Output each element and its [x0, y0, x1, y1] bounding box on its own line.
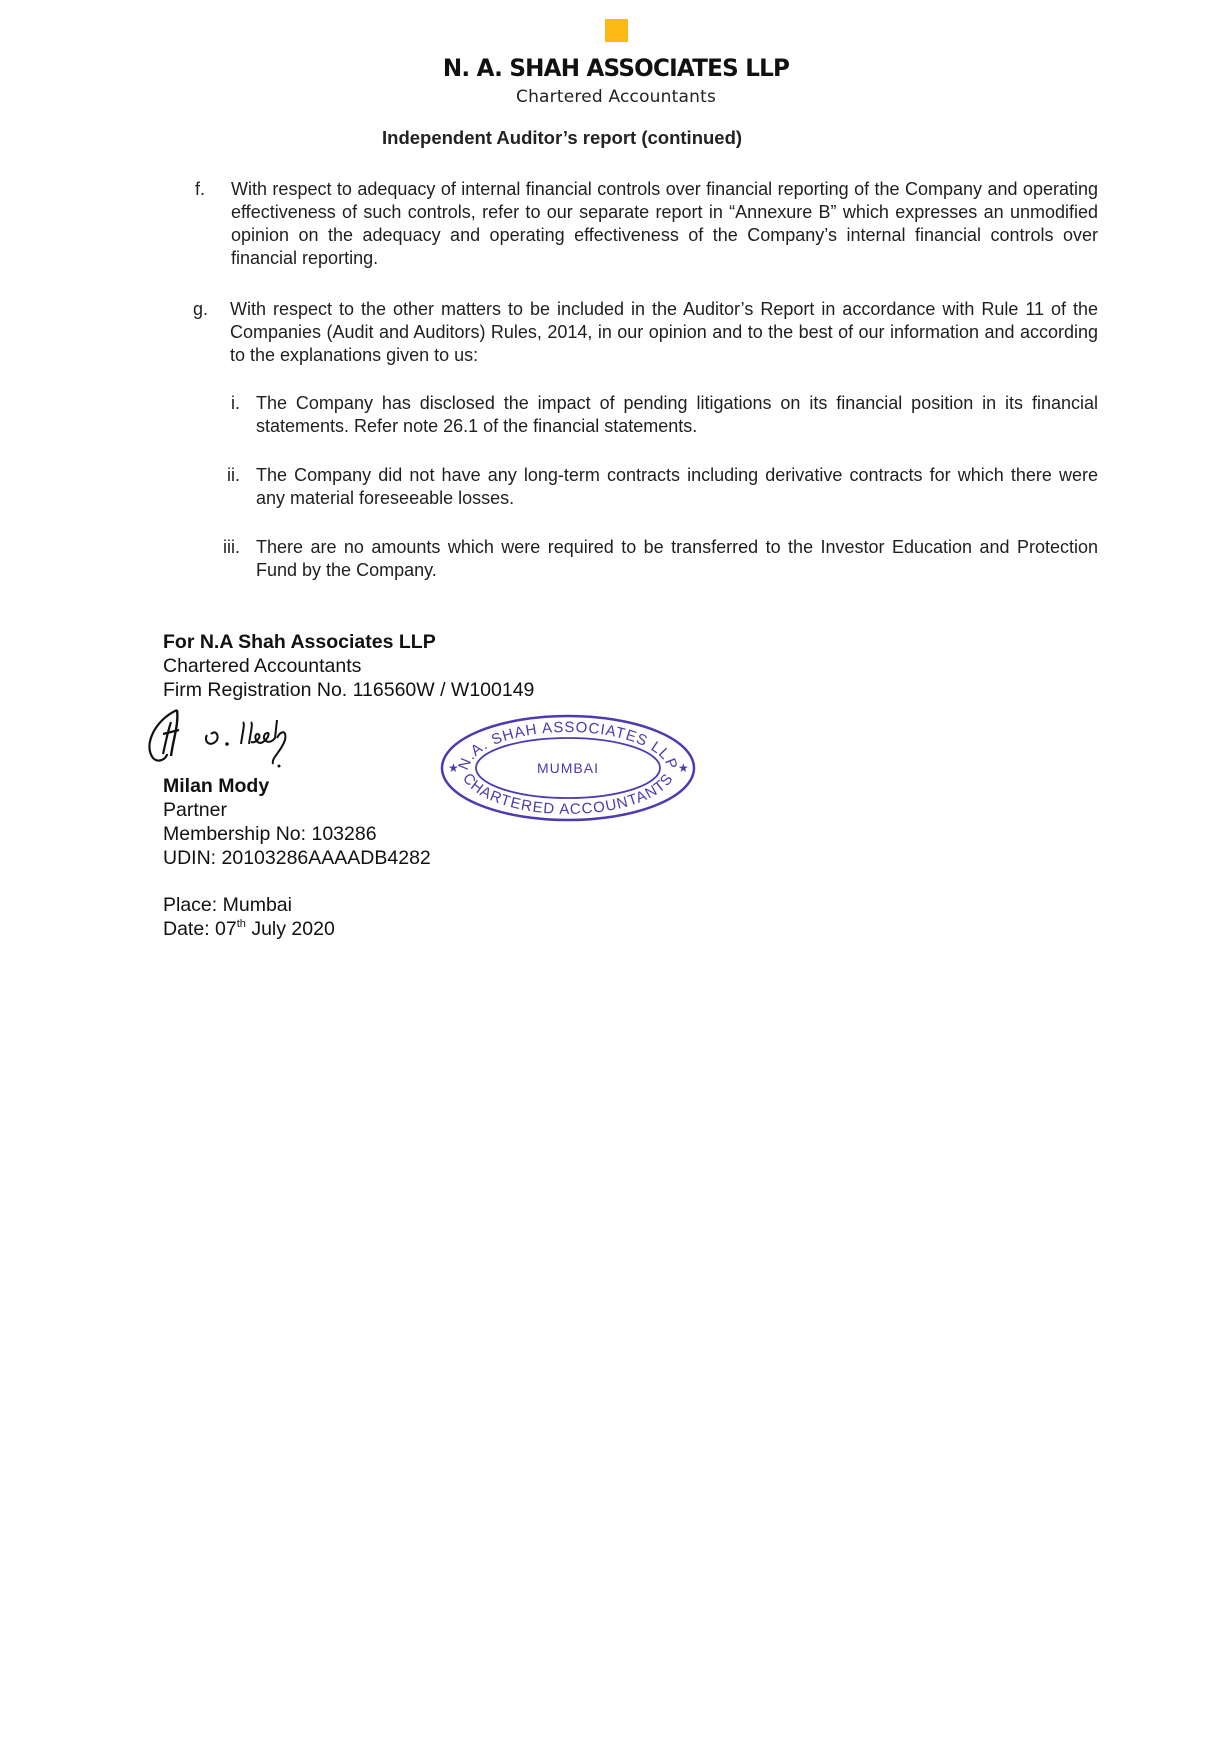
- handwritten-signature: [145, 700, 335, 770]
- list-item-text: The Company has disclosed the impact of …: [256, 392, 1098, 438]
- date-ordinal-suffix: th: [237, 918, 246, 930]
- report-title: Independent Auditor’s report (continued): [382, 127, 742, 149]
- firm-name: N. A. SHAH ASSOCIATES LLP: [25, 54, 1208, 82]
- list-item-text: The Company did not have any long-term c…: [256, 464, 1098, 510]
- firm-type: Chartered Accountants: [163, 654, 534, 678]
- list-item: iii. There are no amounts which were req…: [196, 536, 1098, 582]
- date-prefix: Date: 07: [163, 918, 237, 940]
- membership-number: Membership No: 103286: [163, 822, 431, 846]
- partner-title: Partner: [163, 798, 431, 822]
- list-item: i. The Company has disclosed the impact …: [196, 392, 1098, 438]
- stamp-bottom-text: CHARTERED ACCOUNTANTS: [459, 770, 677, 818]
- paragraph-f: f. With respect to adequacy of internal …: [195, 178, 1098, 270]
- paragraph-text: With respect to the other matters to be …: [230, 298, 1098, 367]
- paragraph-marker: f.: [195, 178, 205, 201]
- firm-stamp: N.A. SHAH ASSOCIATES LLP CHARTERED ACCOU…: [438, 710, 698, 828]
- firm-subtitle: Chartered Accountants: [0, 87, 1232, 107]
- signoff-firm-block: For N.A Shah Associates LLP Chartered Ac…: [163, 630, 534, 702]
- signoff-partner-block: Milan Mody Partner Membership No: 103286…: [163, 774, 431, 870]
- date-rest: July 2020: [246, 918, 335, 940]
- paragraph-marker: g.: [193, 298, 208, 321]
- svg-text:CHARTERED ACCOUNTANTS: CHARTERED ACCOUNTANTS: [459, 770, 677, 818]
- list-item-marker: i.: [196, 392, 240, 415]
- stamp-star-icon: ★: [678, 761, 689, 775]
- place: Place: Mumbai: [163, 893, 335, 917]
- paragraph-text: With respect to adequacy of internal fin…: [231, 178, 1098, 270]
- list-item: ii. The Company did not have any long-te…: [196, 464, 1098, 510]
- for-firm-label: For N.A Shah Associates LLP: [163, 630, 534, 654]
- partner-name: Milan Mody: [163, 774, 431, 798]
- list-item-marker: iii.: [196, 536, 240, 559]
- signoff-place-date: Place: Mumbai Date: 07th July 2020: [163, 893, 335, 941]
- date: Date: 07th July 2020: [163, 917, 335, 941]
- list-item-text: There are no amounts which were required…: [256, 536, 1098, 582]
- list-item-marker: ii.: [196, 464, 240, 487]
- udin: UDIN: 20103286AAAADB4282: [163, 846, 431, 870]
- stamp-center-text: MUMBAI: [537, 760, 599, 776]
- firm-registration: Firm Registration No. 116560W / W100149: [163, 678, 534, 702]
- firm-logo-square: [605, 19, 628, 42]
- stamp-star-icon: ★: [448, 761, 459, 775]
- paragraph-g: g. With respect to the other matters to …: [193, 298, 1098, 367]
